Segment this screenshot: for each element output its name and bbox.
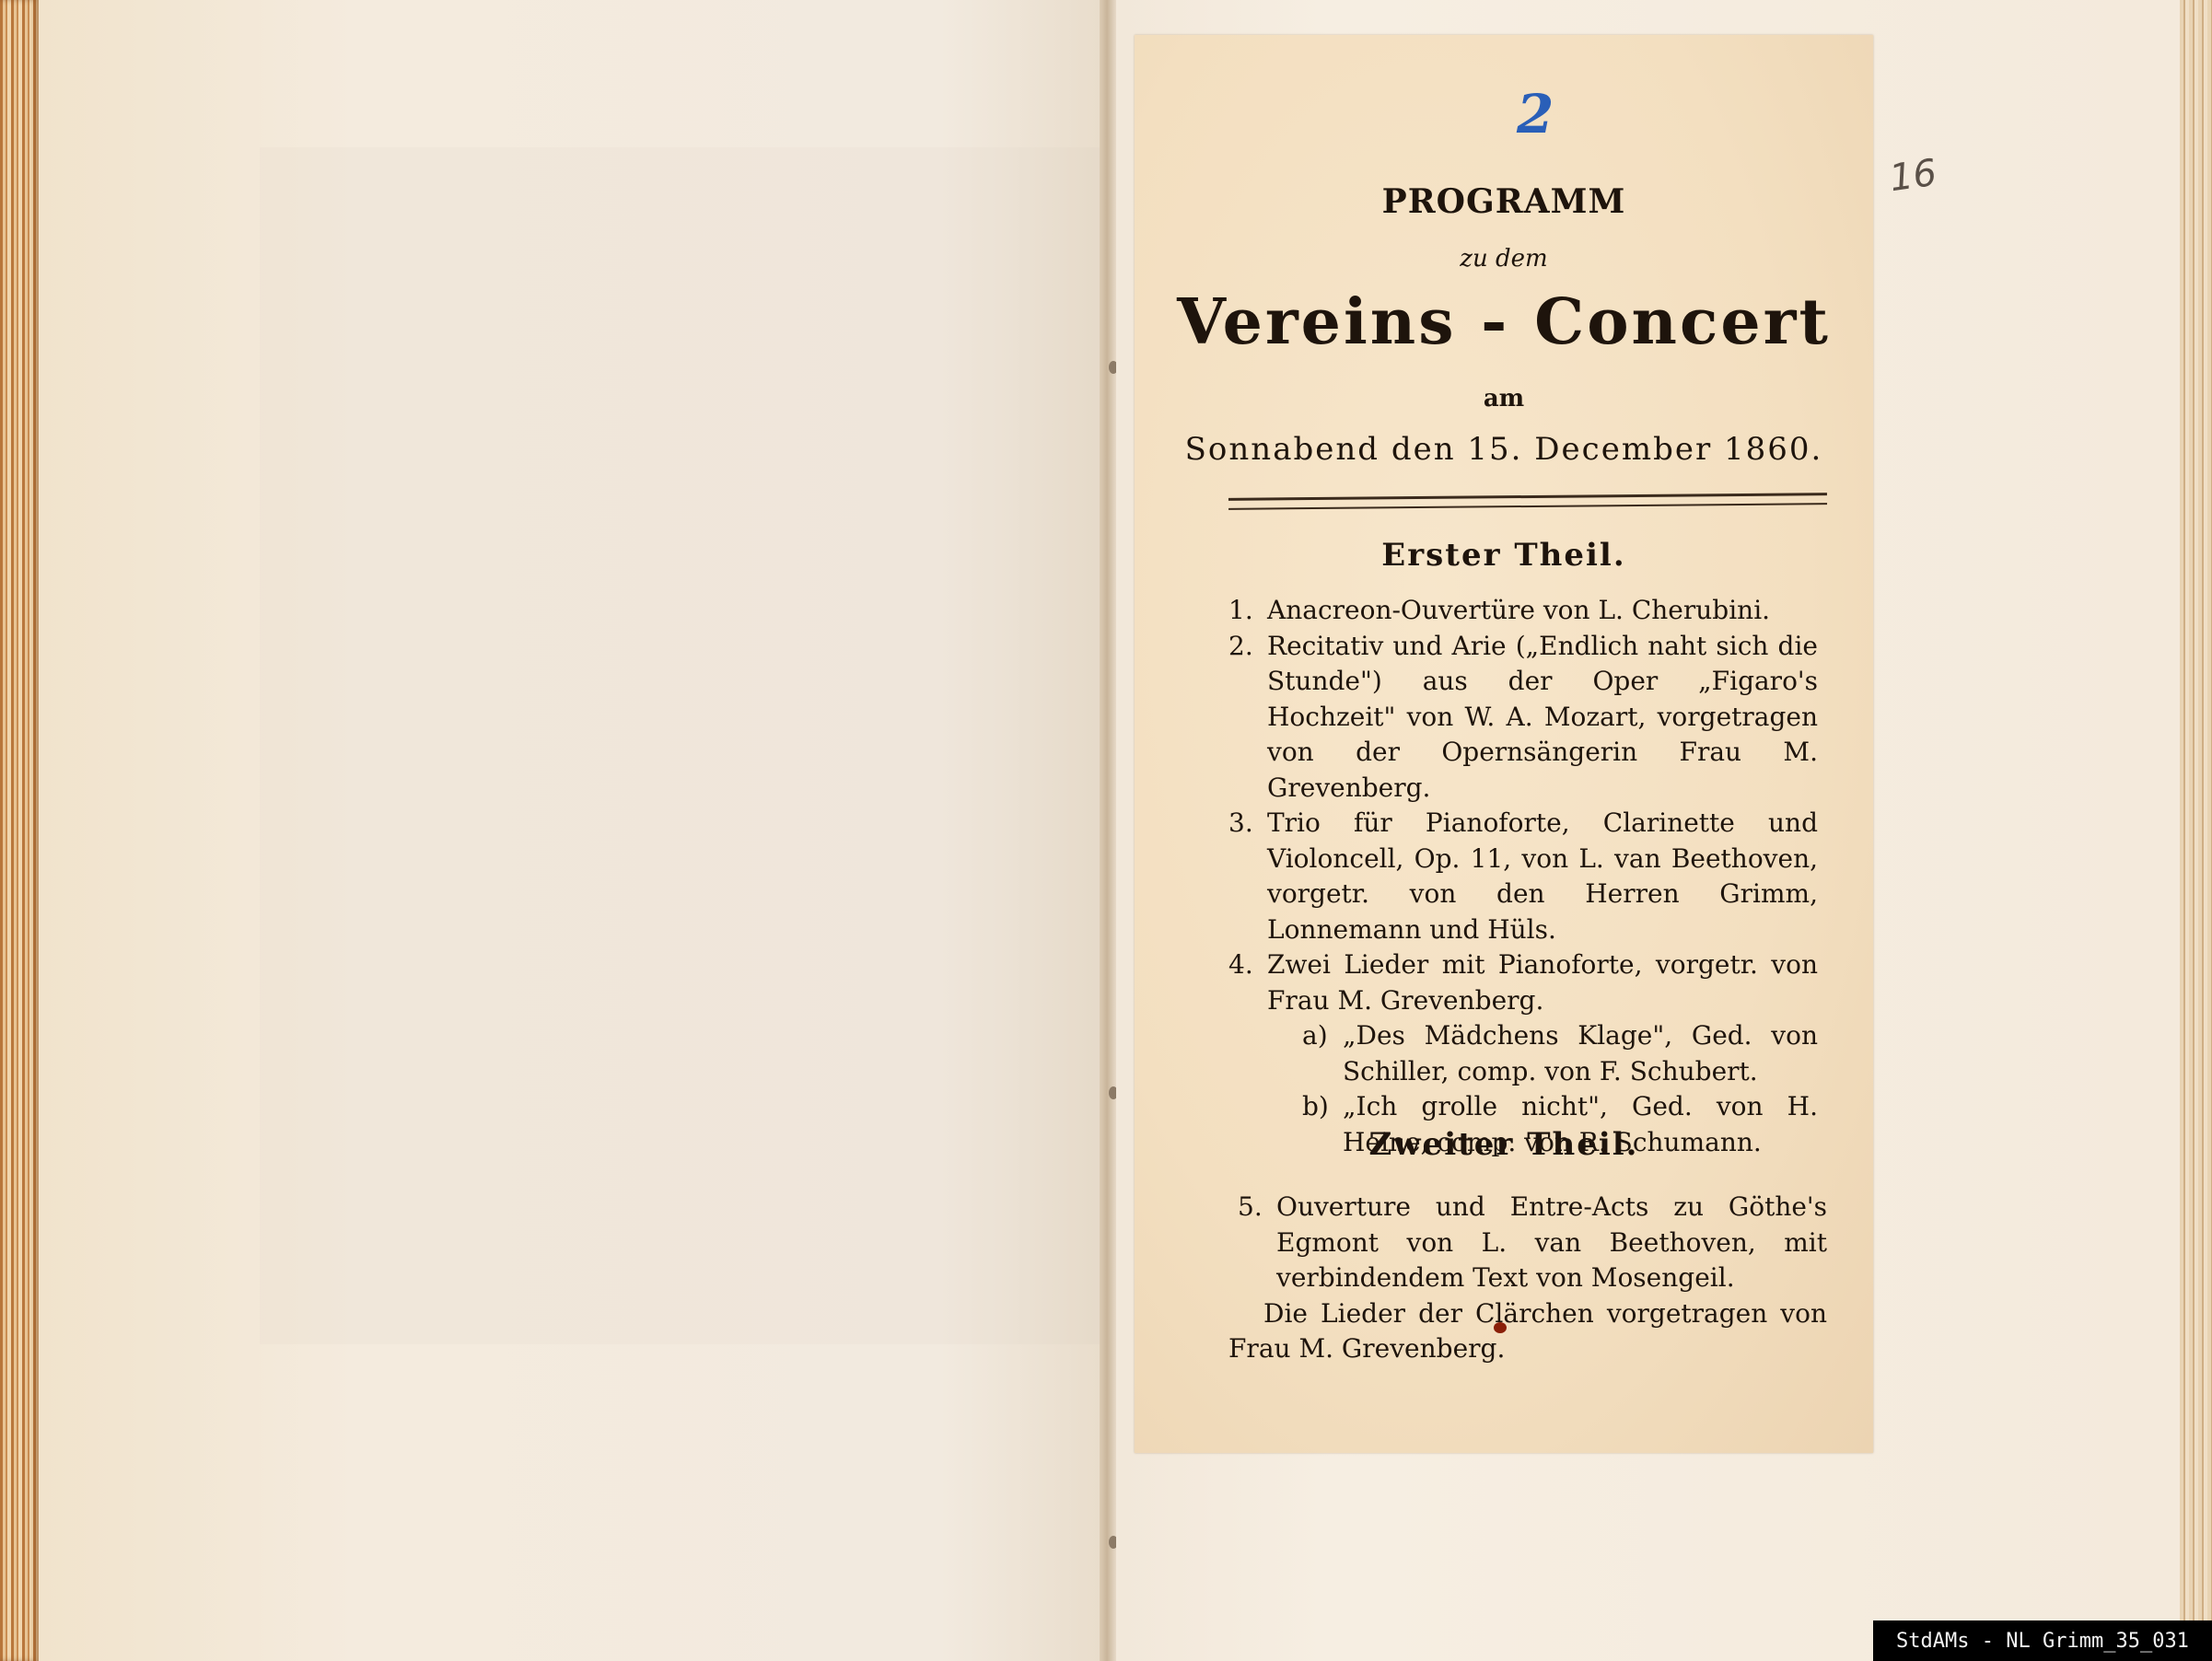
item-text: Recitativ und Arie („Endlich naht sich d… [1267, 629, 1818, 807]
program-subheading: zu dem [1135, 245, 1873, 273]
item-text: Trio für Pianoforte, Clarinette und Viol… [1267, 806, 1818, 947]
program-heading: PROGRAMM [1135, 182, 1873, 221]
program-date: Sonnabend den 15. December 1860. [1135, 431, 1873, 468]
program-note: Die Lieder der Clärchen vorgetragen von … [1228, 1296, 1827, 1367]
item-number: 5. [1238, 1190, 1276, 1296]
item-text: Zwei Lieder mit Pianoforte, vorgetr. von… [1267, 947, 1818, 1018]
program-item: 4. Zwei Lieder mit Pianoforte, vorgetr. … [1228, 947, 1818, 1018]
program-item: 3. Trio für Pianoforte, Clarinette und V… [1228, 806, 1818, 947]
double-rule-divider [1228, 493, 1827, 510]
archive-watermark-label: StdAMs - NL Grimm_35_031 [1873, 1620, 2212, 1661]
program-item: 5. Ouverture und Entre-Acts zu Göthe's E… [1238, 1190, 1827, 1296]
left-page-blank [39, 0, 1100, 1661]
handwritten-page-number: 16 [1887, 152, 1939, 201]
program-item: 1. Anacreon-Ouvertüre von L. Cherubini. [1228, 593, 1818, 629]
right-page-edges [2180, 0, 2212, 1661]
section-heading-part-2: Zweiter Theil. [1135, 1126, 1873, 1163]
concert-program-sheet: 2 PROGRAMM zu dem Vereins - Concert am S… [1135, 35, 1873, 1453]
book-gutter [1100, 0, 1116, 1661]
program-subitem: a) „Des Mädchens Klage", Ged. von Schill… [1302, 1018, 1818, 1089]
item-number: 2. [1228, 629, 1267, 807]
program-list-part-1: 1. Anacreon-Ouvertüre von L. Cherubini. … [1228, 593, 1818, 1160]
red-stain-dot [1494, 1322, 1507, 1333]
archive-mark: 2 [1517, 83, 1554, 145]
show-through-shadow [260, 147, 1125, 1344]
item-text: Ouverture und Entre-Acts zu Göthe's Egmo… [1276, 1190, 1827, 1296]
program-title: Vereins - Concert [1135, 285, 1873, 359]
program-list-part-2: 5. Ouverture und Entre-Acts zu Göthe's E… [1238, 1190, 1827, 1367]
item-number: 4. [1228, 947, 1267, 1018]
book-spread: 16 2 PROGRAMM zu dem Vereins - Concert a… [0, 0, 2212, 1661]
section-heading-part-1: Erster Theil. [1135, 537, 1873, 574]
subitem-text: „Des Mädchens Klage", Ged. von Schiller,… [1343, 1018, 1818, 1089]
program-item: 2. Recitativ und Arie („Endlich naht sic… [1228, 629, 1818, 807]
subitem-label: a) [1302, 1018, 1343, 1089]
item-text: Anacreon-Ouvertüre von L. Cherubini. [1267, 593, 1818, 629]
left-page-edges [0, 0, 39, 1661]
program-preposition: am [1135, 385, 1873, 412]
item-number: 3. [1228, 806, 1267, 947]
item-number: 1. [1228, 593, 1267, 629]
